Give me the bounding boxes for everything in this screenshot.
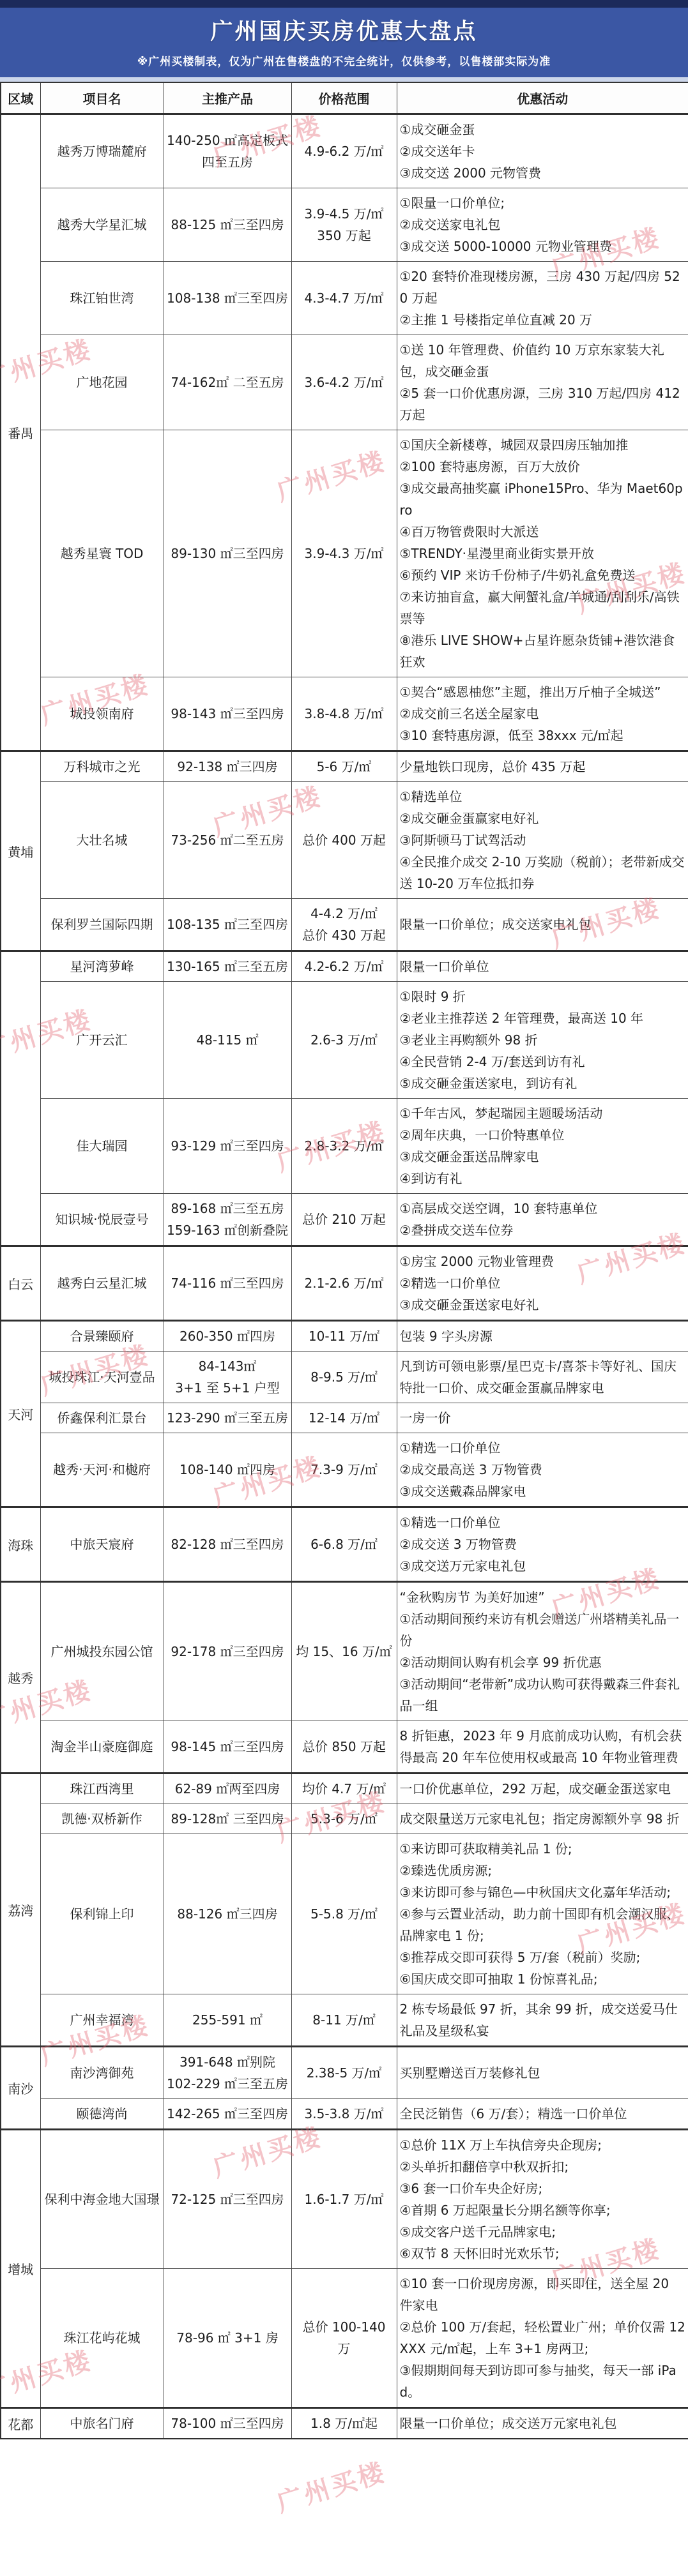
- page-title: 广州国庆买房优惠大盘点: [0, 8, 688, 50]
- project-cell: 越秀星寰 TOD: [40, 430, 164, 677]
- promo-cell: ①国庆全新楼尊，城园双景四房压轴加推 ②100 套特惠房源，百万大放价 ③成交最…: [397, 430, 688, 677]
- header-banner: 广州国庆买房优惠大盘点 ※广州买楼制表，仅为广州在售楼盘的不完全统计，仅供参考，…: [0, 0, 688, 82]
- products-cell: 78-100 ㎡三至四房: [164, 2408, 291, 2439]
- price-cell: 总价 100-140 万: [291, 2269, 397, 2408]
- promo-cell: 限量一口价单位；成交送家电礼包: [397, 899, 688, 951]
- table-row: 花都中旅名门府78-100 ㎡三至四房1.8 万/㎡起限量一口价单位；成交送万元…: [1, 2408, 688, 2439]
- products-cell: 74-162㎡ 二至五房: [164, 335, 291, 430]
- promo-cell: ①来访即可获取精美礼品 1 份; ②臻选优质房源; ③来访即可参与锦色—中秋国庆…: [397, 1834, 688, 1994]
- price-cell: 2.8-3.2 万/㎡: [291, 1099, 397, 1194]
- table-row: 越秀星寰 TOD89-130 ㎡三至四房3.9-4.3 万/㎡①国庆全新楼尊，城…: [1, 430, 688, 677]
- project-cell: 越秀大学星汇城: [40, 188, 164, 262]
- products-cell: 82-128 ㎡三至四房: [164, 1507, 291, 1582]
- project-cell: 合景臻颐府: [40, 1321, 164, 1352]
- column-header-price: 价格范围: [291, 82, 397, 114]
- table-row: 海珠中旅天宸府82-128 ㎡三至四房6-6.8 万/㎡①精选一口价单位 ②成交…: [1, 1507, 688, 1582]
- region-cell: 增城: [1, 2130, 40, 2408]
- products-cell: 98-143 ㎡三至四房: [164, 677, 291, 751]
- project-cell: 南沙湾御苑: [40, 2047, 164, 2099]
- price-cell: 4.3-4.7 万/㎡: [291, 262, 397, 335]
- header-bottom-strip: [0, 77, 688, 82]
- project-cell: 越秀白云星汇城: [40, 1246, 164, 1321]
- table-row: 广开云汇48-115 ㎡2.6-3 万/㎡①限时 9 折 ②老业主推荐送 2 年…: [1, 982, 688, 1099]
- price-cell: 4-4.2 万/㎡ 总价 430 万起: [291, 899, 397, 951]
- promo-cell: 买别墅赠送百万装修礼包: [397, 2047, 688, 2099]
- promo-cell: 全民泛销售（6 万/套）；精选一口价单位: [397, 2099, 688, 2130]
- project-cell: 知识城·悦辰壹号: [40, 1194, 164, 1246]
- products-cell: 48-115 ㎡: [164, 982, 291, 1099]
- column-header-promo: 优惠活动: [397, 82, 688, 114]
- promo-cell: 2 栋专场最低 97 折，其余 99 折，成交送爱马仕礼品及星级私宴: [397, 1994, 688, 2047]
- column-header-region: 区域: [1, 82, 40, 114]
- price-cell: 均价 4.7 万/㎡: [291, 1774, 397, 1804]
- products-cell: 260-350 ㎡四房: [164, 1321, 291, 1352]
- project-cell: 广地花园: [40, 335, 164, 430]
- project-cell: 侨鑫保利汇景台: [40, 1403, 164, 1433]
- region-cell: 海珠: [1, 1507, 40, 1582]
- price-cell: 8-9.5 万/㎡: [291, 1352, 397, 1403]
- price-cell: 3.8-4.8 万/㎡: [291, 677, 397, 751]
- region-cell: 荔湾: [1, 1774, 40, 2047]
- table-row: 增城保利中海金地大国璟72-125 ㎡三至四房1.6-1.7 万/㎡①总价 11…: [1, 2130, 688, 2269]
- promo-cell: 限量一口价单位；成交送万元家电礼包: [397, 2408, 688, 2439]
- products-cell: 88-126 ㎡三四房: [164, 1834, 291, 1994]
- project-cell: 保利罗兰国际四期: [40, 899, 164, 951]
- region-cell: [1, 951, 40, 1246]
- products-cell: 108-135 ㎡三至四房: [164, 899, 291, 951]
- table-row: 珠江铂世湾108-138 ㎡三至四房4.3-4.7 万/㎡①20 套特价准现楼房…: [1, 262, 688, 335]
- products-cell: 98-145 ㎡三至四房: [164, 1721, 291, 1774]
- table-header-row: 区域 项目名 主推产品 价格范围 优惠活动: [1, 82, 688, 114]
- products-cell: 78-96 ㎡ 3+1 房: [164, 2269, 291, 2408]
- promo-cell: 包装 9 字头房源: [397, 1321, 688, 1352]
- project-cell: 颐德湾尚: [40, 2099, 164, 2130]
- products-cell: 255-591 ㎡: [164, 1994, 291, 2047]
- project-cell: 广州幸福湾: [40, 1994, 164, 2047]
- table-row: 颐德湾尚142-265 ㎡三至四房3.5-3.8 万/㎡全民泛销售（6 万/套）…: [1, 2099, 688, 2130]
- table-row: 广地花园74-162㎡ 二至五房3.6-4.2 万/㎡①送 10 年管理费、价值…: [1, 335, 688, 430]
- promo-cell: ①精选一口价单位 ②成交送 3 万物管费 ③成交送万元家电礼包: [397, 1507, 688, 1582]
- products-cell: 93-129 ㎡三至四房: [164, 1099, 291, 1194]
- promo-cell: ①10 套一口价现房房源，即买即住，送全屋 20 件家电 ②总价 100 万/套…: [397, 2269, 688, 2408]
- table-row: 淘金半山豪庭御庭98-145 ㎡三至四房总价 850 万起8 折钜惠，2023 …: [1, 1721, 688, 1774]
- price-cell: 8-11 万/㎡: [291, 1994, 397, 2047]
- table-row: 黄埔万科城市之光92-138 ㎡三四房5-6 万/㎡少量地铁口现房，总价 435…: [1, 751, 688, 782]
- promo-cell: 限量一口价单位: [397, 951, 688, 982]
- promo-cell: 成交限量送万元家电礼包；指定房源额外享 98 折: [397, 1804, 688, 1834]
- project-cell: 越秀万博瑞麓府: [40, 114, 164, 188]
- products-cell: 130-165 ㎡三至五房: [164, 951, 291, 982]
- promo-cell: ①限量一口价单位; ②成交送家电礼包 ③成交送 5000-10000 元物业管理…: [397, 188, 688, 262]
- region-cell: 番禺: [1, 114, 40, 751]
- price-cell: 5.3-6 万/㎡: [291, 1804, 397, 1834]
- project-cell: 珠江花屿花城: [40, 2269, 164, 2408]
- promo-cell: ①送 10 年管理费、价值约 10 万京东家装大礼包，成交砸金蛋 ②5 套一口价…: [397, 335, 688, 430]
- project-cell: 大壮名城: [40, 782, 164, 899]
- price-cell: 总价 400 万起: [291, 782, 397, 899]
- products-cell: 72-125 ㎡三至四房: [164, 2130, 291, 2269]
- page-subtitle: ※广州买楼制表，仅为广州在售楼盘的不完全统计，仅供参考，以售楼部实际为准: [0, 50, 688, 77]
- promo-cell: ①精选一口价单位 ②成交最高送 3 万物管费 ③成交送戴森品牌家电: [397, 1433, 688, 1507]
- promo-cell: ①千年古风，梦起瑞园主题暖场活动 ②周年庆典，一口价特惠单位 ③成交砸金蛋送品牌…: [397, 1099, 688, 1194]
- table-row: 白云越秀白云星汇城74-116 ㎡三至四房2.1-2.6 万/㎡①房宝 2000…: [1, 1246, 688, 1321]
- watermark: 广州买楼: [272, 2452, 390, 2520]
- project-cell: 广开云汇: [40, 982, 164, 1099]
- table-row: 越秀大学星汇城88-125 ㎡三至四房3.9-4.5 万/㎡ 350 万起①限量…: [1, 188, 688, 262]
- price-cell: 1.8 万/㎡起: [291, 2408, 397, 2439]
- region-cell: 白云: [1, 1246, 40, 1321]
- table-row: 番禺越秀万博瑞麓府140-250 ㎡高定板式四至五房4.9-6.2 万/㎡①成交…: [1, 114, 688, 188]
- promo-cell: 8 折钜惠，2023 年 9 月底前成功认购，有机会获得最高 20 年车位使用权…: [397, 1721, 688, 1774]
- price-cell: 5-6 万/㎡: [291, 751, 397, 782]
- price-cell: 3.9-4.3 万/㎡: [291, 430, 397, 677]
- project-cell: 珠江铂世湾: [40, 262, 164, 335]
- products-cell: 89-130 ㎡三至四房: [164, 430, 291, 677]
- project-cell: 广州城投东园公馆: [40, 1582, 164, 1721]
- promo-cell: 一口价优惠单位，292 万起，成交砸金蛋送家电: [397, 1774, 688, 1804]
- promo-cell: 凡到访可领电影票/星巴克卡/喜茶卡等好礼、国庆特批一口价、成交砸金蛋赢品牌家电: [397, 1352, 688, 1403]
- region-cell: 越秀: [1, 1582, 40, 1774]
- price-cell: 12-14 万/㎡: [291, 1403, 397, 1433]
- table-row: 大壮名城73-256 ㎡二至五房总价 400 万起①精选单位 ②成交砸金蛋赢家电…: [1, 782, 688, 899]
- price-cell: 5-5.8 万/㎡: [291, 1834, 397, 1994]
- price-cell: 4.2-6.2 万/㎡: [291, 951, 397, 982]
- table-row: 保利罗兰国际四期108-135 ㎡三至四房4-4.2 万/㎡ 总价 430 万起…: [1, 899, 688, 951]
- promo-cell: ①20 套特价准现楼房源，三房 430 万起/四房 520 万起 ②主推 1 号…: [397, 262, 688, 335]
- project-cell: 万科城市之光: [40, 751, 164, 782]
- products-cell: 108-138 ㎡三至四房: [164, 262, 291, 335]
- products-cell: 73-256 ㎡二至五房: [164, 782, 291, 899]
- price-cell: 1.6-1.7 万/㎡: [291, 2130, 397, 2269]
- products-cell: 88-125 ㎡三至四房: [164, 188, 291, 262]
- price-cell: 4.9-6.2 万/㎡: [291, 114, 397, 188]
- project-cell: 星河湾萝峰: [40, 951, 164, 982]
- products-cell: 140-250 ㎡高定板式四至五房: [164, 114, 291, 188]
- project-cell: 珠江西湾里: [40, 1774, 164, 1804]
- table-row: 越秀广州城投东园公馆92-178 ㎡三至四房均 15、16 万/㎡“金秋购房节 …: [1, 1582, 688, 1721]
- price-cell: 3.9-4.5 万/㎡ 350 万起: [291, 188, 397, 262]
- project-cell: 中旅天宸府: [40, 1507, 164, 1582]
- promo-cell: ①限时 9 折 ②老业主推荐送 2 年管理费，最高送 10 年 ③老业主再购额外…: [397, 982, 688, 1099]
- products-cell: 62-89 ㎡两至四房: [164, 1774, 291, 1804]
- project-cell: 城投领南府: [40, 677, 164, 751]
- price-cell: 总价 850 万起: [291, 1721, 397, 1774]
- project-cell: 越秀·天河·和樾府: [40, 1433, 164, 1507]
- discount-table: 区域 项目名 主推产品 价格范围 优惠活动 番禺越秀万博瑞麓府140-250 ㎡…: [0, 82, 688, 2439]
- table-row: 珠江花屿花城78-96 ㎡ 3+1 房总价 100-140 万①10 套一口价现…: [1, 2269, 688, 2408]
- price-cell: 总价 210 万起: [291, 1194, 397, 1246]
- products-cell: 108-140 ㎡四房: [164, 1433, 291, 1507]
- products-cell: 123-290 ㎡三至五房: [164, 1403, 291, 1433]
- promo-cell: 一房一价: [397, 1403, 688, 1433]
- promo-cell: 少量地铁口现房，总价 435 万起: [397, 751, 688, 782]
- products-cell: 142-265 ㎡三至四房: [164, 2099, 291, 2130]
- promo-cell: “金秋购房节 为美好加速” ①活动期间预约来访有机会赠送广州塔精美礼品一份 ②活…: [397, 1582, 688, 1721]
- region-cell: 天河: [1, 1321, 40, 1507]
- column-header-products: 主推产品: [164, 82, 291, 114]
- promo-cell: ①总价 11X 万上车执信旁央企现房; ②头单折扣翻倍享中秋双折扣; ③6 套一…: [397, 2130, 688, 2269]
- products-cell: 92-178 ㎡三至四房: [164, 1582, 291, 1721]
- price-cell: 3.5-3.8 万/㎡: [291, 2099, 397, 2130]
- region-cell: 南沙: [1, 2047, 40, 2130]
- price-cell: 2.6-3 万/㎡: [291, 982, 397, 1099]
- region-cell: 花都: [1, 2408, 40, 2439]
- promo-cell: ①精选单位 ②成交砸金蛋赢家电好礼 ③阿斯顿马丁试驾活动 ④全民推介成交 2-1…: [397, 782, 688, 899]
- price-cell: 6-6.8 万/㎡: [291, 1507, 397, 1582]
- table-row: 知识城·悦辰壹号89-168 ㎡三至五房 159-163 ㎡创新叠院总价 210…: [1, 1194, 688, 1246]
- project-cell: 城投珠江·天河壹品: [40, 1352, 164, 1403]
- table-row: 荔湾珠江西湾里62-89 ㎡两至四房均价 4.7 万/㎡一口价优惠单位，292 …: [1, 1774, 688, 1804]
- project-cell: 淘金半山豪庭御庭: [40, 1721, 164, 1774]
- project-cell: 保利锦上印: [40, 1834, 164, 1994]
- project-cell: 保利中海金地大国璟: [40, 2130, 164, 2269]
- promo-cell: ①高层成交送空调，10 套特惠单位 ②叠拼成交送车位券: [397, 1194, 688, 1246]
- project-cell: 佳大瑞园: [40, 1099, 164, 1194]
- header-top-strip: [0, 0, 688, 8]
- table-row: 南沙南沙湾御苑391-648 ㎡别院 102-229 ㎡三至五房2.38-5 万…: [1, 2047, 688, 2099]
- price-cell: 3.6-4.2 万/㎡: [291, 335, 397, 430]
- column-header-project: 项目名: [40, 82, 164, 114]
- products-cell: 92-138 ㎡三四房: [164, 751, 291, 782]
- products-cell: 89-128㎡ 三至四房: [164, 1804, 291, 1834]
- products-cell: 89-168 ㎡三至五房 159-163 ㎡创新叠院: [164, 1194, 291, 1246]
- table-row: 广州幸福湾255-591 ㎡8-11 万/㎡2 栋专场最低 97 折，其余 99…: [1, 1994, 688, 2047]
- table-row: 越秀·天河·和樾府108-140 ㎡四房7.3-9 万/㎡①精选一口价单位 ②成…: [1, 1433, 688, 1507]
- price-cell: 7.3-9 万/㎡: [291, 1433, 397, 1507]
- price-cell: 均 15、16 万/㎡: [291, 1582, 397, 1721]
- price-cell: 10-11 万/㎡: [291, 1321, 397, 1352]
- promo-cell: ①成交砸金蛋 ②成交送年卡 ③成交送 2000 元物管费: [397, 114, 688, 188]
- price-cell: 2.1-2.6 万/㎡: [291, 1246, 397, 1321]
- project-cell: 中旅名门府: [40, 2408, 164, 2439]
- promo-cell: ①房宝 2000 元物业管理费 ②精选一口价单位 ③成交砸金蛋送家电好礼: [397, 1246, 688, 1321]
- project-cell: 凯德·双桥新作: [40, 1804, 164, 1834]
- table-row: 城投珠江·天河壹品84-143㎡ 3+1 至 5+1 户型8-9.5 万/㎡凡到…: [1, 1352, 688, 1403]
- price-cell: 2.38-5 万/㎡: [291, 2047, 397, 2099]
- promo-cell: ①契合“感恩柚您”主题，推出万斤柚子全城送” ②成交前三名送全屋家电 ③10 套…: [397, 677, 688, 751]
- products-cell: 84-143㎡ 3+1 至 5+1 户型: [164, 1352, 291, 1403]
- products-cell: 391-648 ㎡别院 102-229 ㎡三至五房: [164, 2047, 291, 2099]
- table-row: 城投领南府98-143 ㎡三至四房3.8-4.8 万/㎡①契合“感恩柚您”主题，…: [1, 677, 688, 751]
- table-row: 侨鑫保利汇景台123-290 ㎡三至五房12-14 万/㎡一房一价: [1, 1403, 688, 1433]
- table-row: 天河合景臻颐府260-350 ㎡四房10-11 万/㎡包装 9 字头房源: [1, 1321, 688, 1352]
- table-row: 凯德·双桥新作89-128㎡ 三至四房5.3-6 万/㎡成交限量送万元家电礼包；…: [1, 1804, 688, 1834]
- table-row: 佳大瑞园93-129 ㎡三至四房2.8-3.2 万/㎡①千年古风，梦起瑞园主题暖…: [1, 1099, 688, 1194]
- region-cell: 黄埔: [1, 751, 40, 951]
- table-row: 星河湾萝峰130-165 ㎡三至五房4.2-6.2 万/㎡限量一口价单位: [1, 951, 688, 982]
- products-cell: 74-116 ㎡三至四房: [164, 1246, 291, 1321]
- table-row: 保利锦上印88-126 ㎡三四房5-5.8 万/㎡①来访即可获取精美礼品 1 份…: [1, 1834, 688, 1994]
